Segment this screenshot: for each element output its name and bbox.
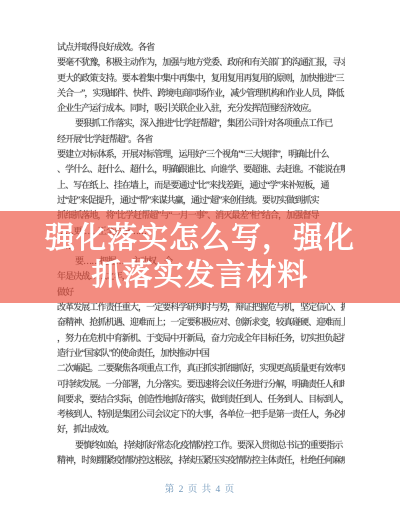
document-line: 造行业“国家队”的使命责任，加快推动中国 bbox=[57, 346, 345, 361]
document-line: 奋精神、抢抓机遇、迎难而上；一定要积极应对、创新求变，较真碰硬、迎难而上 bbox=[57, 315, 345, 330]
document-line: 更大的政策支持。要本着集中集中再集中，复用复用再复用的原则，加快推进“三 bbox=[57, 71, 345, 86]
overlay-title-line-1: 强化落实怎么写，强化 bbox=[45, 220, 355, 257]
document-line: 要狠抓工作落实，深入推进“比学赶帮超”，集团公司针对各项重点工作已 bbox=[57, 116, 345, 131]
document-line: 企业生产运行成本。同时，吸引关联企业入驻，充分发挥范围经济效应。 bbox=[57, 101, 345, 116]
document-line: 要慎终如始，持续抓好常态化疫情防控工作。要深入贯彻总书记的重要指示 bbox=[57, 438, 345, 453]
document-line: 好，抓出成效。 bbox=[57, 422, 345, 437]
document-line: 可持续发展。一分部署，九分落实。要迅速将会议任务进行分解，明确责任人和时 bbox=[57, 377, 345, 392]
document-line: ，努力在危机中育新机、于变局中开新局，奋力完成全年目标任务，切实担负起打 bbox=[57, 331, 345, 346]
document-line: 经开展“比学赶帮超”。各省 bbox=[57, 132, 345, 147]
document-line: 二次崛起。二要聚焦各项重点工作，真正抓实抓细抓好，实现更高质量更有效率更 bbox=[57, 361, 345, 376]
document-line: 过“赶”来促提升，通过“帮”来谋共赢，通过“超”来创佳绩。要切实做到抓实 bbox=[57, 193, 345, 208]
document-line: 关合一”，实现邮件、快件、跨境电商同场作业，减少管理机构和作业人员，降低 bbox=[57, 86, 345, 101]
page-number-footer: 第 2 页 共 4 页 bbox=[0, 481, 400, 495]
document-line: 间要求，要结合实际，创造性地抓好落实，做到责任到人、任务到人、目标到人， bbox=[57, 392, 345, 407]
document-line: 试点并取得良好成效。各省 bbox=[57, 40, 345, 55]
document-line: 要建立对标体系，开展对标管理，运用好“三个视角”“三大规律”，明确比什么 bbox=[57, 147, 345, 162]
document-line: 上、写在纸上、挂在墙上，而是要通过“比”来找差距，通过“学”来补短板，通 bbox=[57, 178, 345, 193]
title-overlay-band: 强化落实怎么写，强化 抓落实发言材料 bbox=[0, 211, 400, 303]
document-page: 试点并取得良好成效。各省要毫不犹豫，积极主动作为，加强与地方党委、政府和有关部门… bbox=[0, 0, 400, 517]
overlay-title-line-2: 抓落实发言材料 bbox=[92, 257, 309, 294]
document-line: 考核到人、特别是集团公司会议定下的大事，各单位一把手是第一责任人，务必抓 bbox=[57, 407, 345, 422]
document-line: 、学什么、赶什么、超什么，明确跟谁比、向谁学、要超谁、去赶谁。不能说在嘴 bbox=[57, 162, 345, 177]
document-line: 要毫不犹豫，积极主动作为，加强与地方党委、政府和有关部门的沟通汇报，寻求 bbox=[57, 55, 345, 70]
document-line: 精神，时刻绷紧疫情防控这根弦，持续压紧压实疫情防控主体责任，杜绝任何麻痹 bbox=[57, 453, 345, 468]
